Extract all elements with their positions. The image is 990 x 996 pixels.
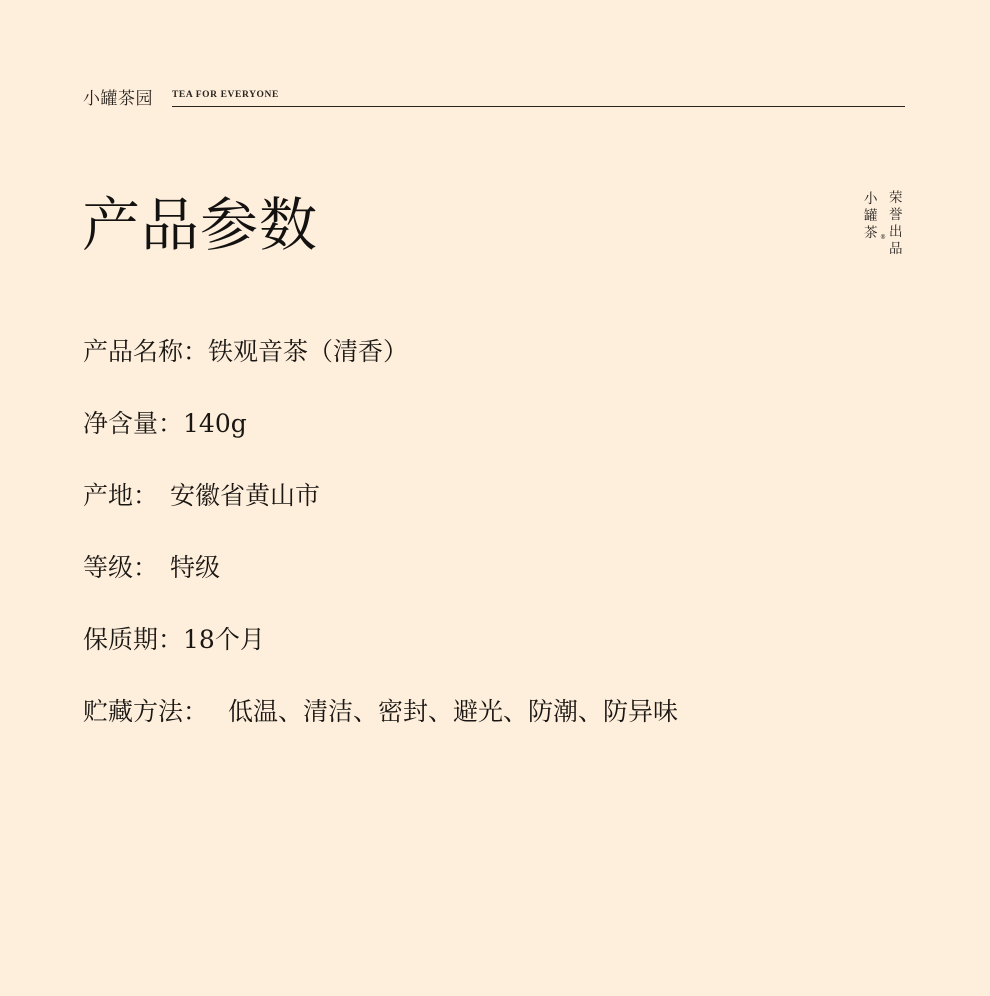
page-header: 小罐茶园 TEA FOR EVERYONE bbox=[83, 88, 905, 110]
param-value: 安徽省黄山市 bbox=[170, 481, 320, 510]
param-value: 18个月 bbox=[183, 625, 265, 654]
seal-brand-column: 小 罐 茶 bbox=[864, 191, 878, 242]
param-label: 净含量： bbox=[83, 409, 183, 438]
param-row-storage: 贮藏方法：低温、清洁、密封、避光、防潮、防异味 bbox=[83, 694, 678, 730]
page-title: 产品参数 bbox=[82, 190, 318, 260]
seal-char: 小 bbox=[864, 191, 878, 208]
seal-char: 罐 bbox=[864, 208, 878, 225]
param-value: 铁观音茶（清香） bbox=[208, 337, 408, 366]
param-row-product-name: 产品名称：铁观音茶（清香） bbox=[83, 334, 678, 370]
param-label: 保质期： bbox=[83, 625, 183, 654]
param-row-grade: 等级：特级 bbox=[83, 550, 678, 586]
param-row-net-weight: 净含量：140g bbox=[83, 406, 678, 442]
param-value: 低温、清洁、密封、避光、防潮、防异味 bbox=[228, 697, 678, 726]
seal-char: 品 bbox=[889, 241, 903, 258]
seal-honor-column: 荣 誉 出 品 bbox=[889, 190, 903, 258]
brand-tagline-en: TEA FOR EVERYONE bbox=[172, 89, 279, 101]
param-label: 贮藏方法： bbox=[83, 697, 208, 726]
param-label: 产品名称： bbox=[83, 337, 208, 366]
param-row-origin: 产地：安徽省黄山市 bbox=[83, 478, 678, 514]
seal-char: 出 bbox=[889, 224, 903, 241]
product-params-list: 产品名称：铁观音茶（清香） 净含量：140g 产地：安徽省黄山市 等级：特级 保… bbox=[83, 334, 678, 766]
param-label: 等级： bbox=[83, 553, 158, 582]
brand-seal-logo: 小 罐 茶 ® 荣 誉 出 品 bbox=[864, 190, 908, 264]
seal-char: 誉 bbox=[889, 207, 903, 224]
param-label: 产地： bbox=[83, 481, 158, 510]
seal-char: 荣 bbox=[889, 190, 903, 207]
param-row-shelf-life: 保质期：18个月 bbox=[83, 622, 678, 658]
param-value: 140g bbox=[183, 409, 247, 438]
header-divider bbox=[172, 106, 905, 107]
registered-trademark-icon: ® bbox=[880, 235, 886, 241]
brand-name-cn: 小罐茶园 bbox=[83, 88, 153, 110]
seal-char: 茶 bbox=[864, 225, 878, 242]
param-value: 特级 bbox=[170, 553, 220, 582]
